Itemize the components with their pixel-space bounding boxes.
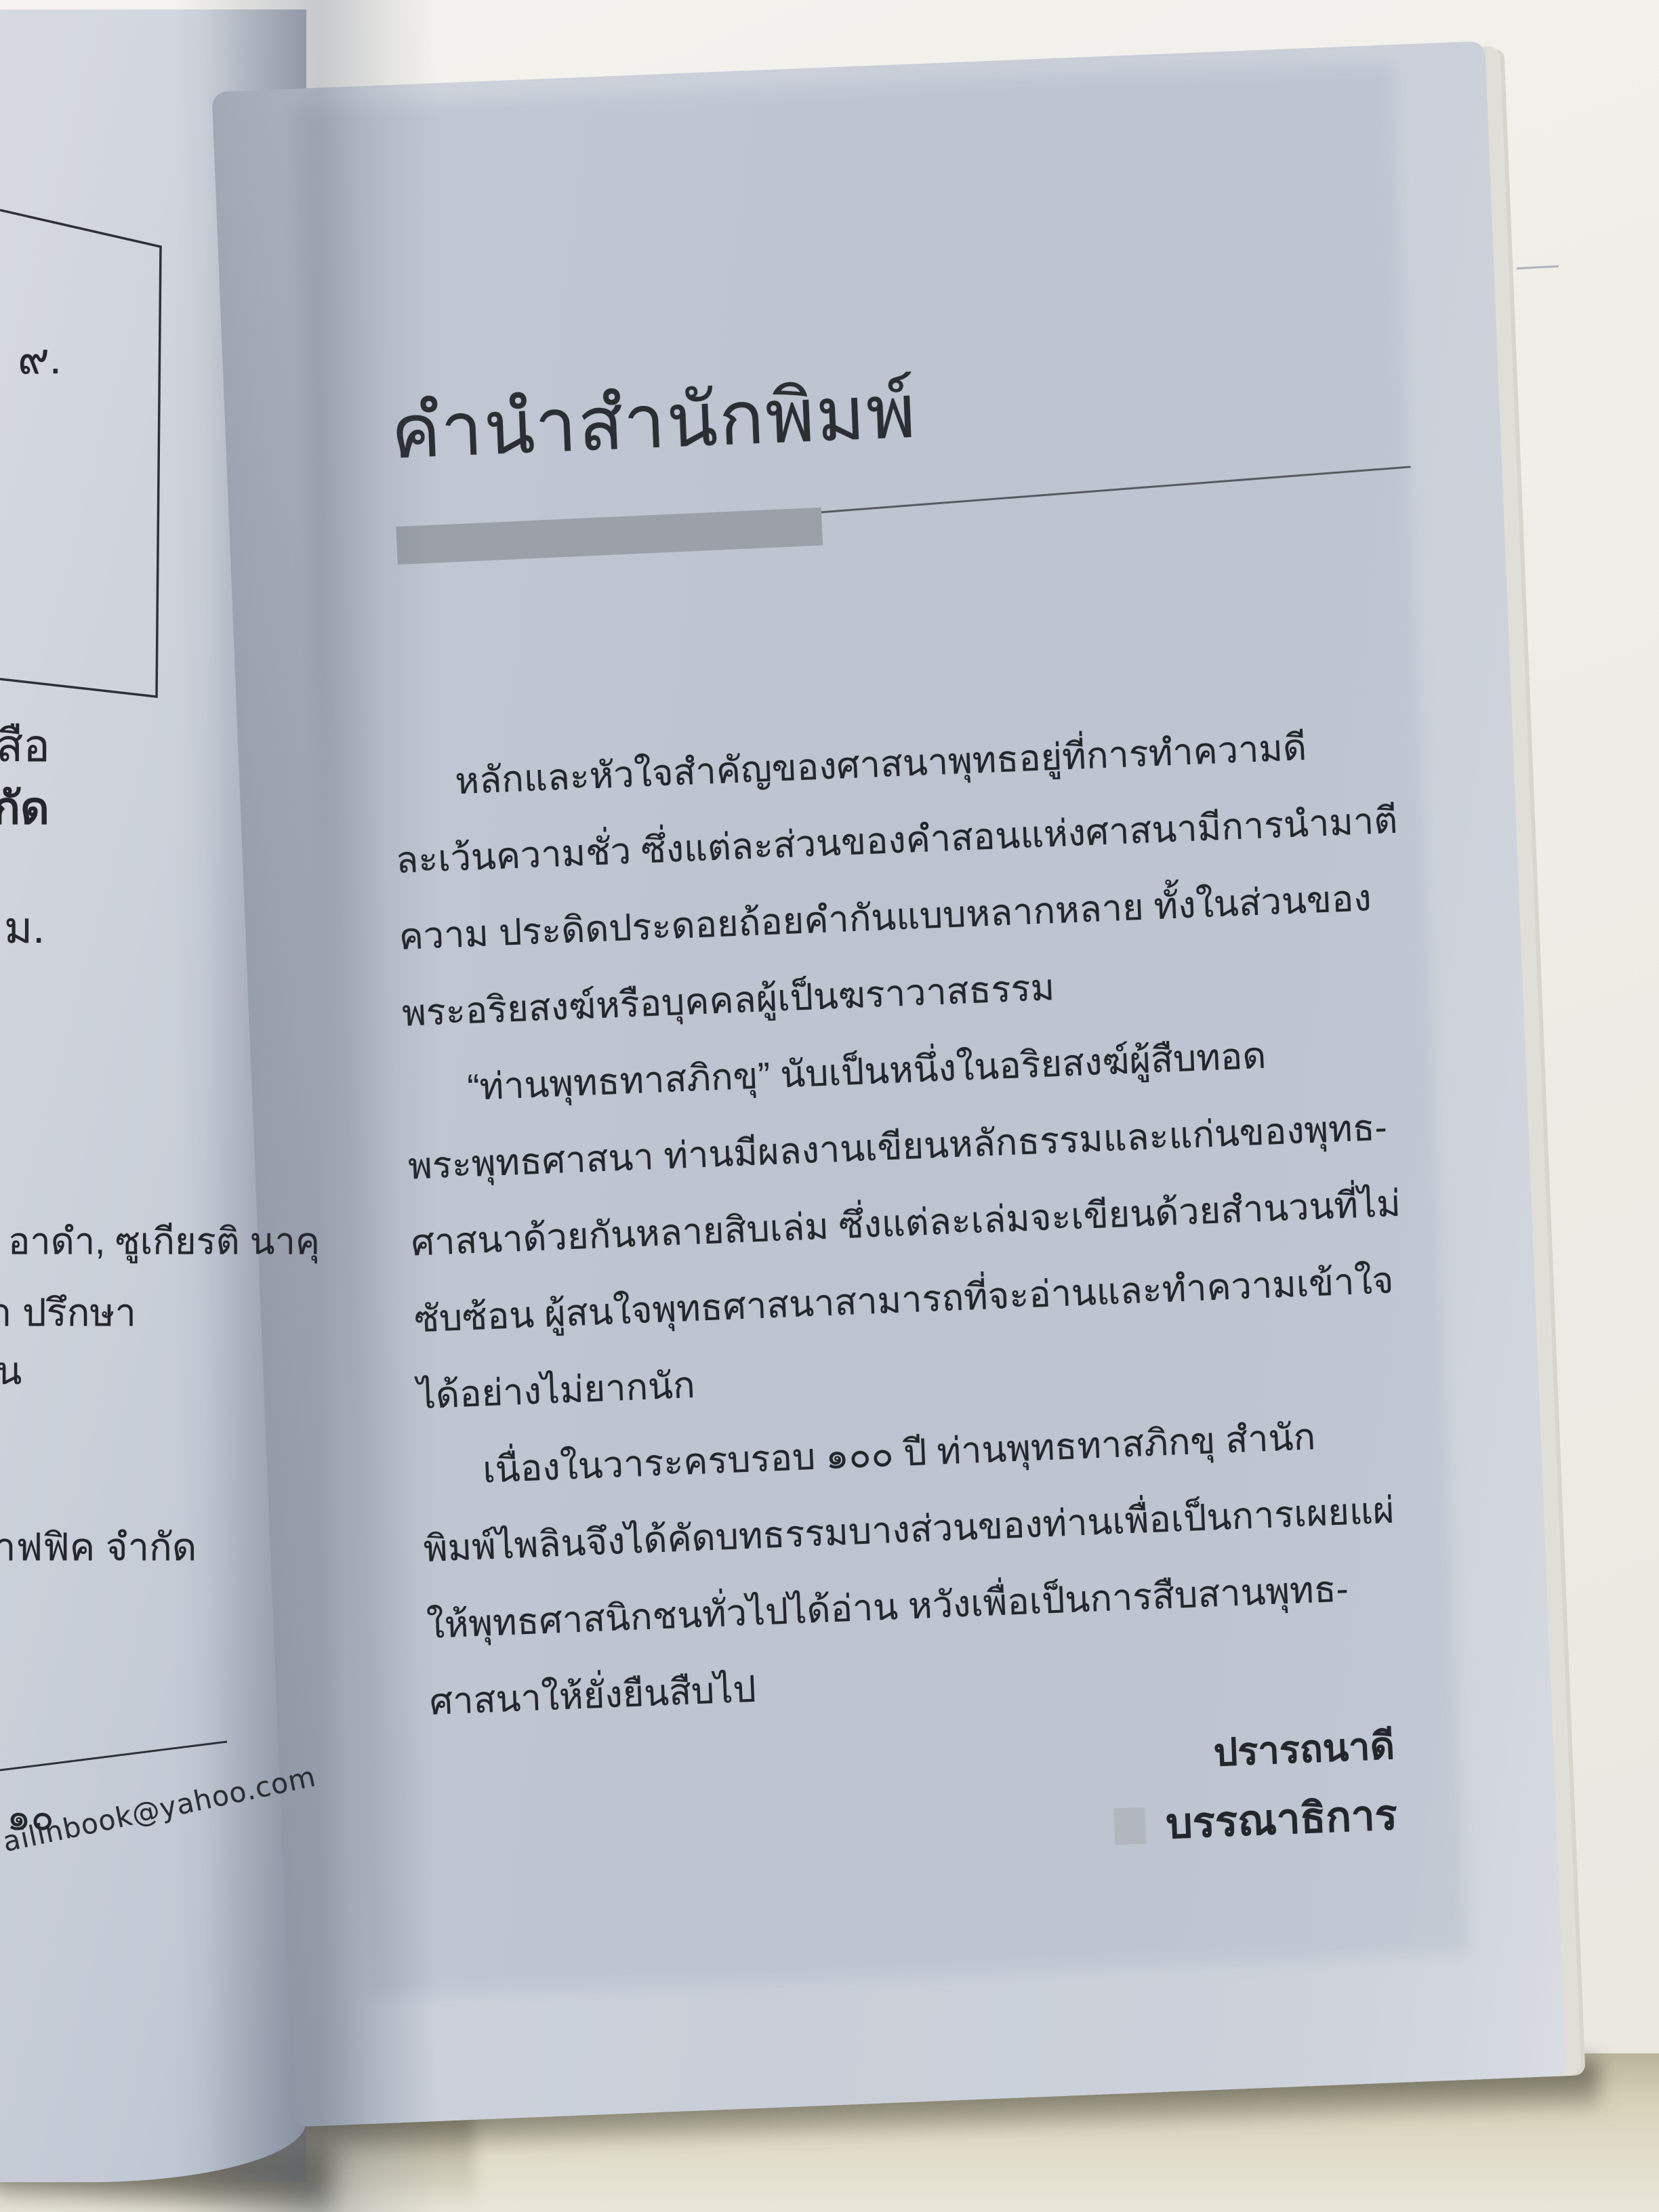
left-page-fragment-number: ๙.: [18, 324, 62, 393]
preface-heading: คำนำสำนักพิมพ์: [389, 371, 918, 474]
editor-bullet-square-icon: [1113, 1807, 1146, 1845]
left-page-fragment-names: อาดำ, ซูเกียรติ นาคุ: [8, 1212, 320, 1270]
frame-box: [0, 203, 230, 732]
left-page-fragment-text: สือ: [0, 710, 50, 781]
preface-body: หลักและหัวใจสำคัญของศาสนาพุทธอยู่ที่การท…: [391, 708, 1393, 1741]
heading-rule-line: [821, 466, 1411, 513]
fore-edge-page-line: [1517, 265, 1559, 269]
editor-label: บรรณาธิการ: [1165, 1785, 1399, 1856]
divider-rule: [0, 1735, 244, 1776]
left-page-fragment-text: น: [0, 1340, 22, 1401]
left-page-fragment-text: กัด: [0, 773, 49, 844]
signature-block: ปรารถนาดี บรรณาธิการ: [432, 1712, 1399, 1885]
left-page-fragment-company: าฟฟิค จำกัด: [0, 1517, 197, 1577]
heading-underline-bar: [396, 508, 823, 565]
left-page-fragment-text: า ปรึกษา: [0, 1282, 136, 1343]
book-photo: คำนำสำนักพิมพ์ หลักและหัวใจสำคัญของศาสนา…: [0, 0, 1659, 2212]
left-page-fragment-text: ม.: [4, 893, 45, 962]
